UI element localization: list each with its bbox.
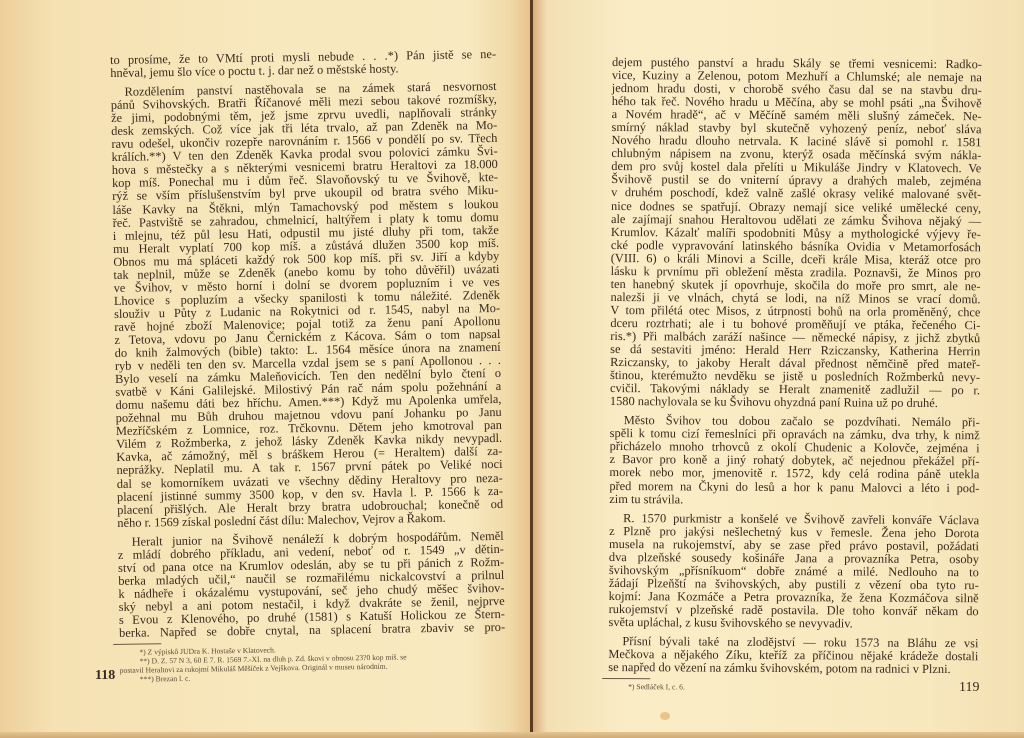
footnote-rule: [113, 643, 161, 645]
page-number-left: 118: [95, 668, 115, 684]
right-page: dejem pustého panství a hradu Skály se t…: [532, 0, 1024, 738]
left-page-body: to prosíme, že to VMtí proti mysli nebud…: [110, 48, 506, 684]
paper-stain: [660, 712, 670, 720]
scan-bottom-edge: [0, 732, 1024, 738]
text-line: 1580 nachylovala se ku Švihovu ohyzdná p…: [610, 395, 980, 410]
footnote-rule: [602, 678, 650, 679]
footnotes: *) Z výpiskô JUDra K. Hostaše v Klatovec…: [119, 642, 506, 684]
text-line: světa upláchal, z kusu švihovského se ne…: [608, 616, 978, 631]
footnote: *) Sedláček I, c. 6.: [608, 682, 978, 693]
left-page: to prosíme, že to VMtí proti mysli nebud…: [0, 0, 532, 738]
right-page-body: dejem pustého panství a hradu Skály se t…: [608, 56, 982, 693]
book-gutter: [530, 0, 533, 738]
footnotes: *) Sedláček I, c. 6.: [608, 682, 978, 693]
text-line: se napřed do vězení na zámku švihovském,…: [608, 661, 978, 676]
page-number-right: 119: [959, 680, 979, 696]
text-line: zim tu strávila.: [609, 493, 979, 508]
book-spread: to prosíme, že to VMtí proti mysli nebud…: [0, 0, 1024, 738]
